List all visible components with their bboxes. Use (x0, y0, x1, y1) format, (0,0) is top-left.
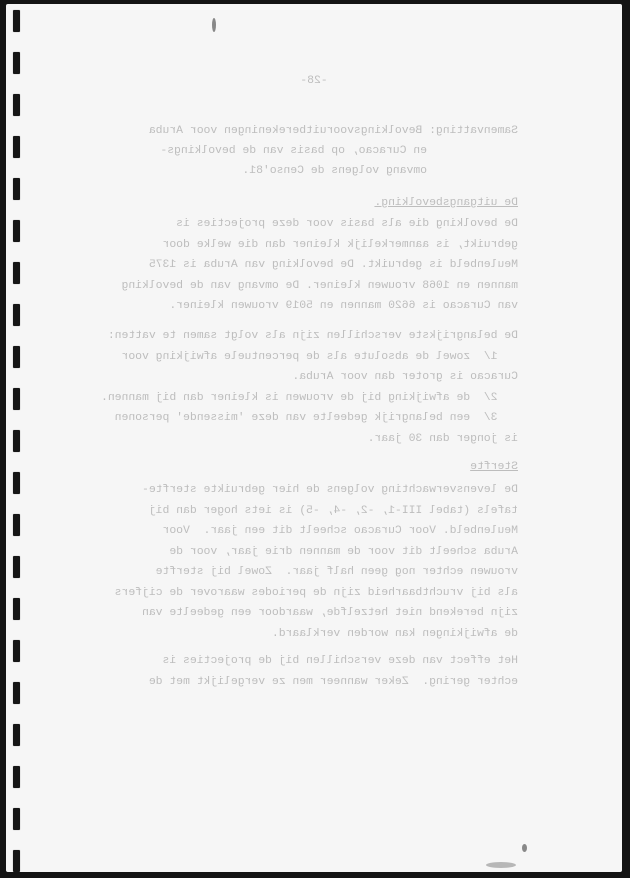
heading-line: omvang volgens de Censo'81. (242, 161, 427, 182)
section-title: De uitgangsbevolking. (374, 193, 518, 214)
text-line: vrouwen echter nog geen half jaar. Zowel… (156, 562, 518, 583)
text-line: 3/ een belangrijk gedeelte van deze 'mis… (115, 408, 518, 429)
text-line: Aruba scheelt dit voor de mannen drie ja… (169, 542, 518, 563)
text-line: De levensverwachting volgens de hier geb… (142, 480, 518, 501)
text-line: gebruikt, is aanmerkelijk kleiner dan di… (163, 235, 518, 256)
text-line: de afwijkingen kan worden verklaard. (272, 624, 518, 645)
text-line: als bij vruchtbaarheid zijn de periodes … (115, 583, 518, 604)
text-line: van Curacao is 6620 mannen en 5019 vrouw… (169, 296, 518, 317)
text-line: mannen en 1068 vrouwen kleiner. De omvan… (122, 276, 518, 297)
text-line: Meulenbeld is gebruikt. De bevolking van… (149, 255, 518, 276)
text-line: De belangrijkste verschillen zijn als vo… (108, 326, 518, 347)
text-line: 1/ zowel de absolute als de percentuele … (122, 347, 518, 368)
text-line: 2/ de afwijking bij de vrouwen is kleine… (101, 388, 518, 409)
heading-line: Samenvatting: Bevolkingsvooruitberekenin… (149, 121, 518, 142)
text-line: is jonger dan 30 jaar. (368, 429, 518, 450)
text-line: echter gering. Zeker wanneer men ze verg… (149, 672, 518, 693)
page-number: -28- (300, 71, 327, 92)
text-line: tafels (tabel III-1, -2, -4, -5) is iets… (149, 501, 518, 522)
text-line: De bevolking die als basis voor deze pro… (176, 214, 518, 235)
document-page: -28- Samenvatting: Bevolkingsvooruitbere… (6, 4, 622, 872)
text-line: Meulenbeld. Voor Curacao scheelt dit een… (163, 521, 518, 542)
mirrored-text-layer: -28- Samenvatting: Bevolkingsvooruitbere… (6, 4, 622, 872)
section-title: Sterfte (470, 457, 518, 478)
text-line: Curacao is groter dan voor Aruba. (292, 367, 518, 388)
text-line: Het effect van deze verschillen bij de p… (163, 651, 518, 672)
heading-line: en Curacao, op basis van de bevolkings- (160, 141, 427, 162)
text-line: zijn berekend niet hetzelfde, waardoor e… (142, 603, 518, 624)
